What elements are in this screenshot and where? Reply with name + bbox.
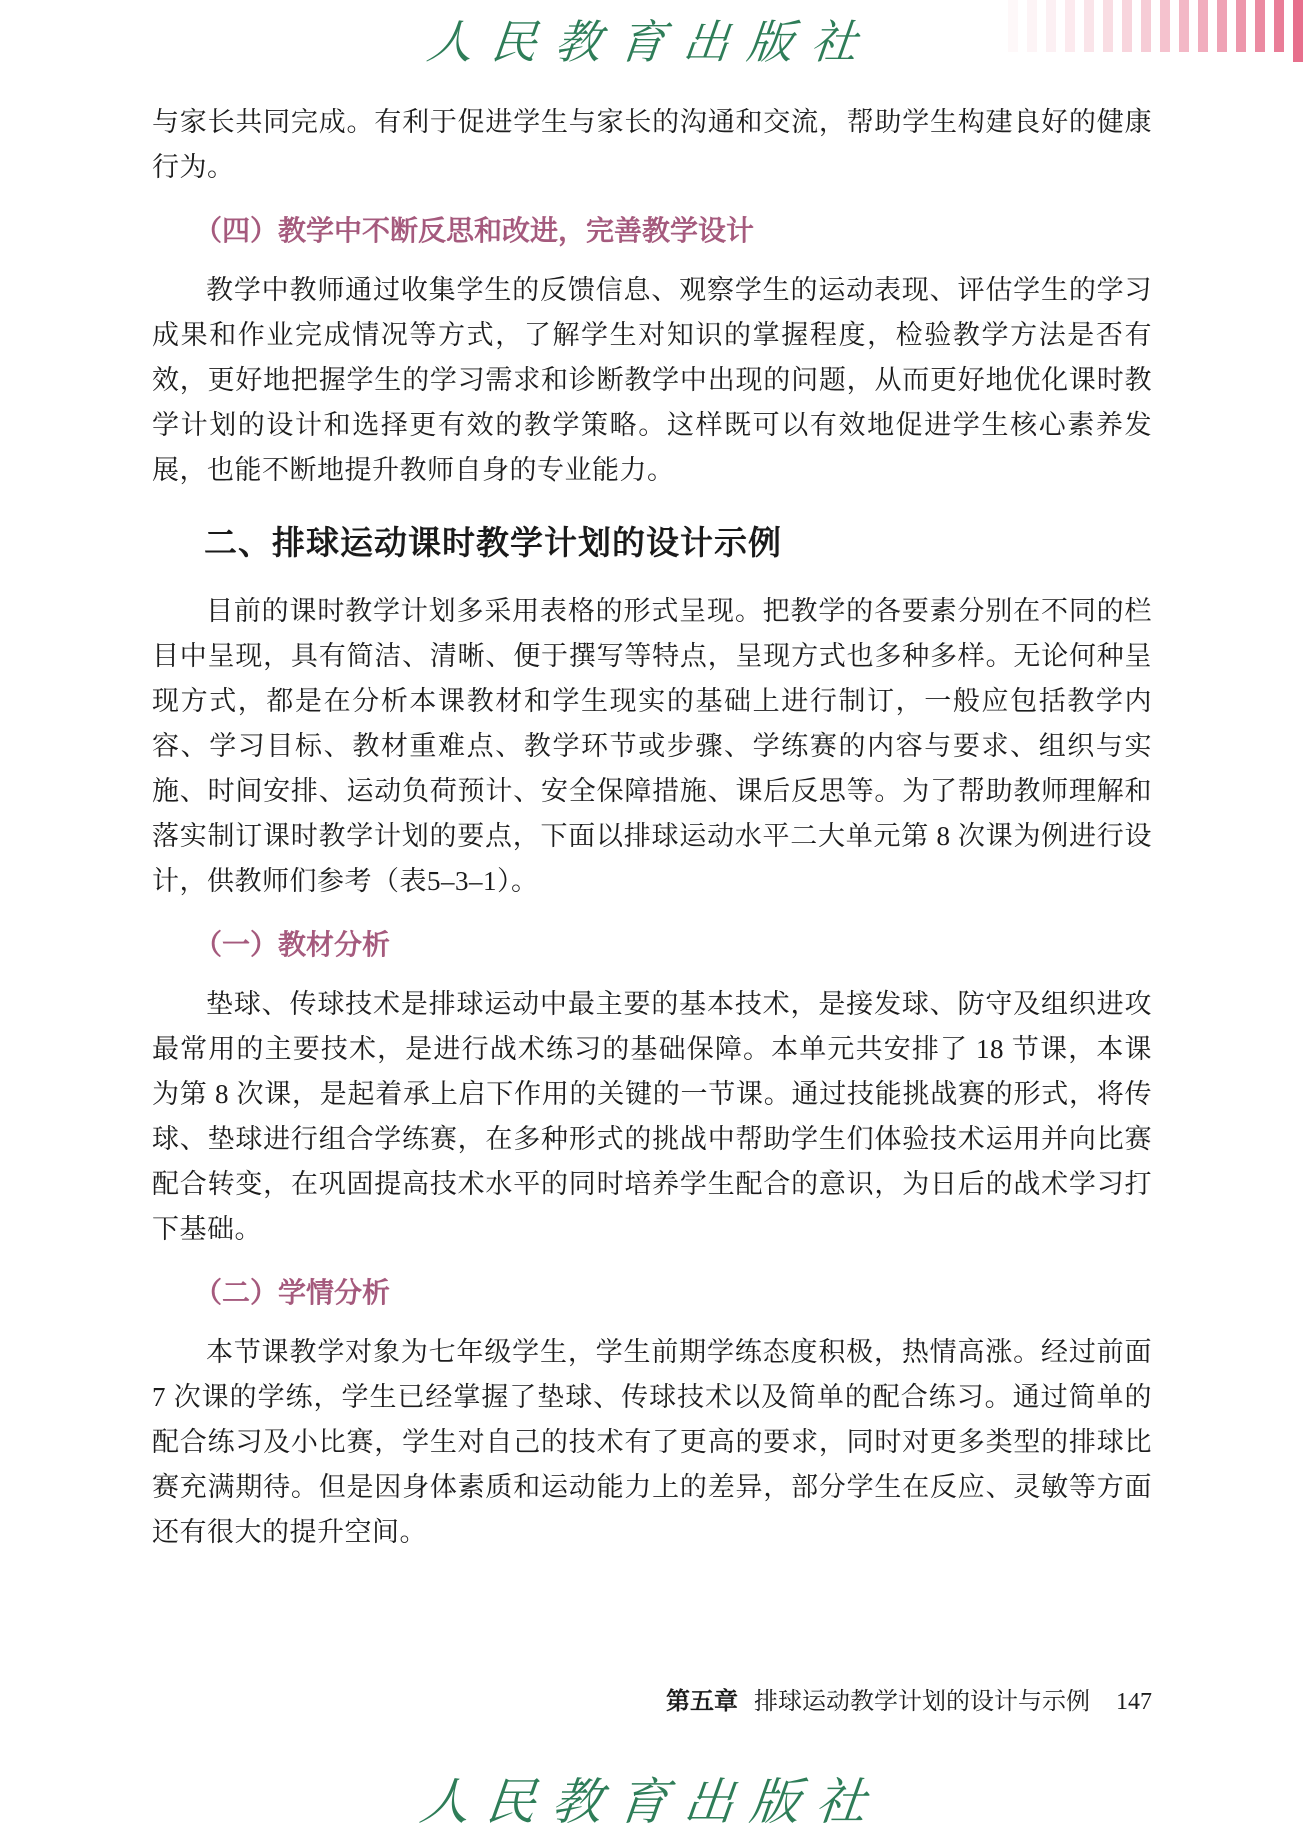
decor-stripe: [1274, 0, 1284, 52]
page-content: 与家长共同完成。有利于促进学生与家长的沟通和交流，帮助学生构建良好的健康行为。 …: [152, 100, 1152, 1555]
decor-stripe: [1179, 0, 1189, 52]
decor-stripe: [1122, 0, 1132, 52]
decor-stripe: [1008, 0, 1018, 52]
chapter-title: 排球运动教学计划的设计与示例: [754, 1689, 1090, 1715]
section-heading-4: （四）教学中不断反思和改进，完善教学设计: [152, 212, 1152, 252]
subsection-2-body: 本节课教学对象为七年级学生，学生前期学练态度积极，热情高涨。经过前面 7 次课的…: [152, 1330, 1152, 1555]
decor-stripe: [1160, 0, 1170, 52]
decor-stripe: [1065, 0, 1075, 52]
chapter-label: 第五章: [666, 1688, 738, 1715]
decor-stripe: [1236, 0, 1246, 52]
page-number: 147: [1116, 1689, 1152, 1715]
publisher-logo-bottom: 人民教育出版社: [0, 1762, 1303, 1834]
subsection-1-body: 垫球、传球技术是排球运动中最主要的基本技术，是接发球、防守及组织进攻最常用的主要…: [152, 982, 1152, 1252]
continuation-paragraph: 与家长共同完成。有利于促进学生与家长的沟通和交流，帮助学生构建良好的健康行为。: [152, 100, 1152, 190]
stripe-row: [1008, 0, 1303, 62]
decor-stripe: [1027, 0, 1037, 52]
page-footer: 第五章排球运动教学计划的设计与示例147: [666, 1684, 1152, 1720]
main-section-body: 目前的课时教学计划多采用表格的形式呈现。把教学的各要素分别在不同的栏目中呈现，具…: [152, 589, 1152, 904]
decor-stripe: [1255, 0, 1265, 52]
decor-stripe: [1198, 0, 1208, 52]
decor-stripe: [1103, 0, 1113, 52]
decor-stripe: [1046, 0, 1056, 52]
decor-stripe: [1141, 0, 1151, 52]
section-4-body: 教学中教师通过收集学生的反馈信息、观察学生的运动表现、评估学生的学习成果和作业完…: [152, 268, 1152, 493]
subsection-heading-2: （二）学情分析: [152, 1274, 1152, 1314]
textbook-page: 人民教育出版社 与家长共同完成。有利于促进学生与家长的沟通和交流，帮助学生构建良…: [0, 0, 1303, 1842]
decor-stripe: [1084, 0, 1094, 52]
main-section-heading: 二、排球运动课时教学计划的设计示例: [152, 519, 1152, 567]
decor-stripe: [1293, 0, 1303, 62]
decor-stripe: [1217, 0, 1227, 52]
subsection-heading-1: （一）教材分析: [152, 926, 1152, 966]
